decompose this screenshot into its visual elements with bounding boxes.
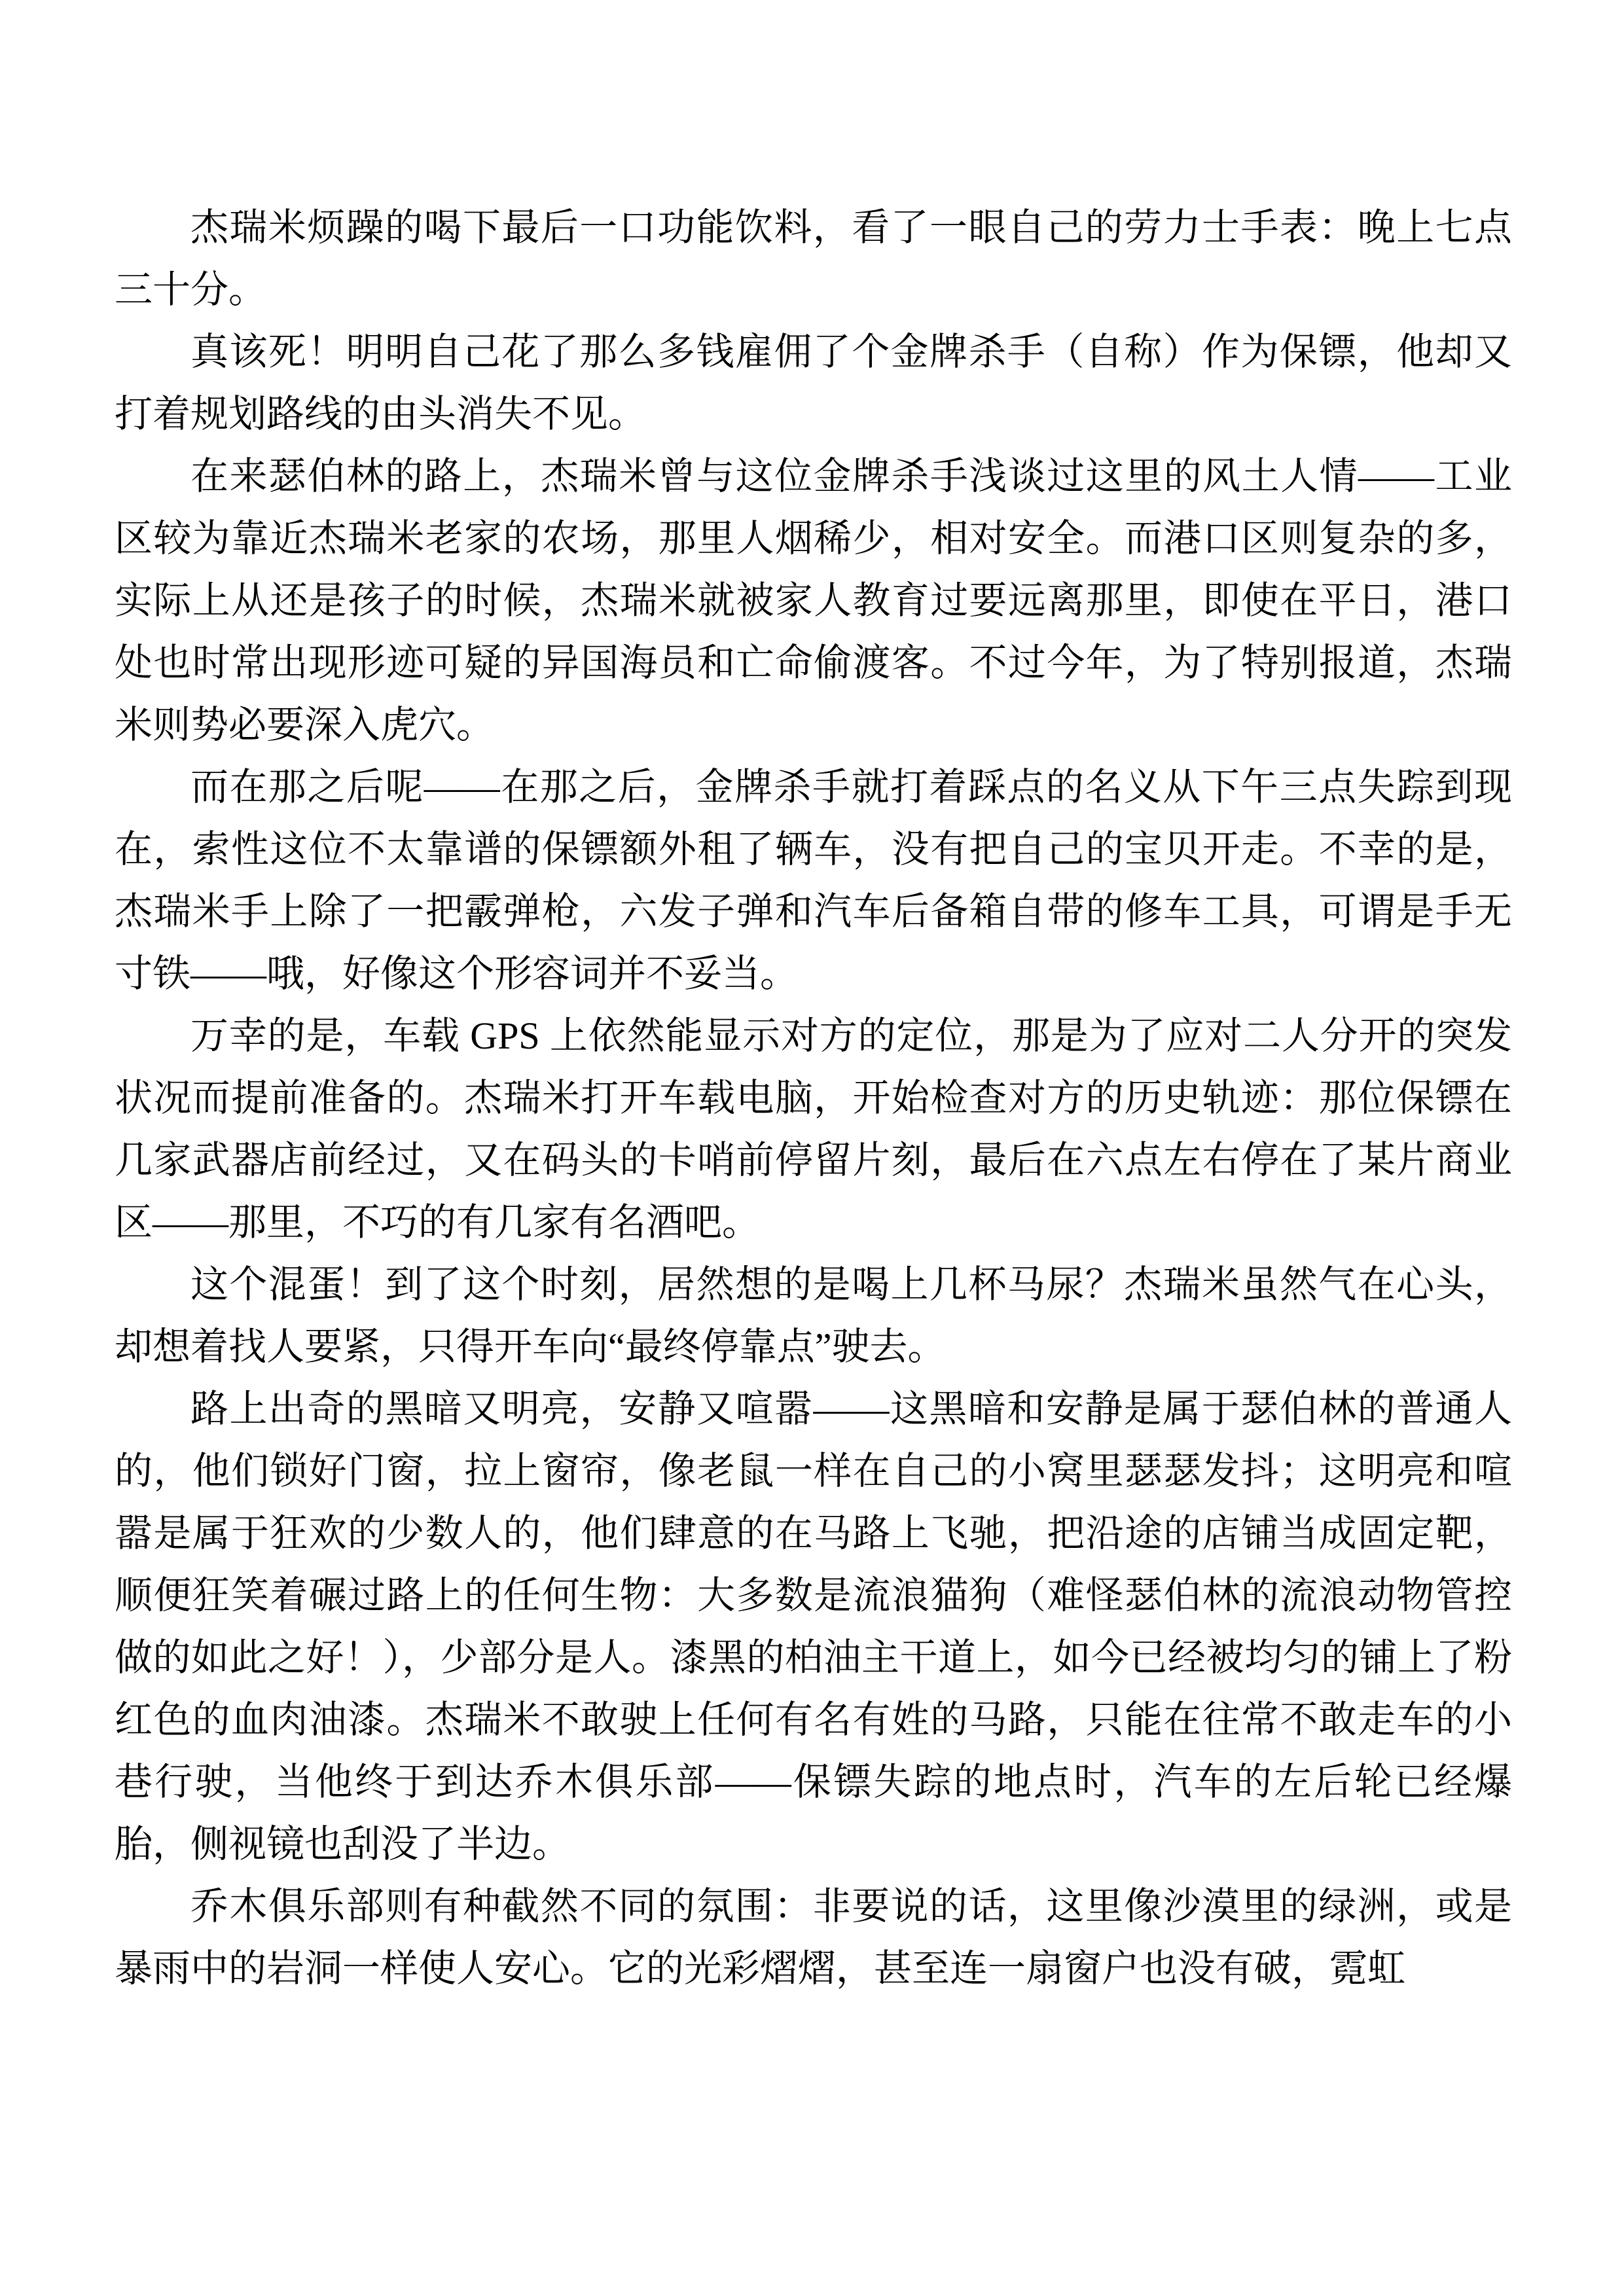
paragraph: 这个混蛋！到了这个时刻，居然想的是喝上几杯马尿？杰瑞米虽然气在心头，却想着找人要… <box>115 1253 1512 1378</box>
paragraph: 杰瑞米烦躁的喝下最后一口功能饮料，看了一眼自己的劳力士手表：晚上七点三十分。 <box>115 196 1512 321</box>
paragraph: 万幸的是，车载 GPS 上依然能显示对方的定位，那是为了应对二人分开的突发状况而… <box>115 1005 1512 1253</box>
paragraph: 乔木俱乐部则有种截然不同的氛围：非要说的话，这里像沙漠里的绿洲，或是暴雨中的岩洞… <box>115 1875 1512 2000</box>
paragraph: 真该死！明明自己花了那么多钱雇佣了个金牌杀手（自称）作为保镖，他却又打着规划路线… <box>115 321 1512 445</box>
paragraph: 在来瑟伯林的路上，杰瑞米曾与这位金牌杀手浅谈过这里的风土人情——工业区较为靠近杰… <box>115 445 1512 756</box>
document-body-text: 杰瑞米烦躁的喝下最后一口功能饮料，看了一眼自己的劳力士手表：晚上七点三十分。 真… <box>115 196 1512 2000</box>
paragraph: 路上出奇的黑暗又明亮，安静又喧嚣——这黑暗和安静是属于瑟伯林的普通人的，他们锁好… <box>115 1378 1512 1875</box>
document-page: 杰瑞米烦躁的喝下最后一口功能饮料，看了一眼自己的劳力士手表：晚上七点三十分。 真… <box>0 0 1624 2296</box>
paragraph: 而在那之后呢——在那之后，金牌杀手就打着踩点的名义从下午三点失踪到现在，索性这位… <box>115 756 1512 1005</box>
